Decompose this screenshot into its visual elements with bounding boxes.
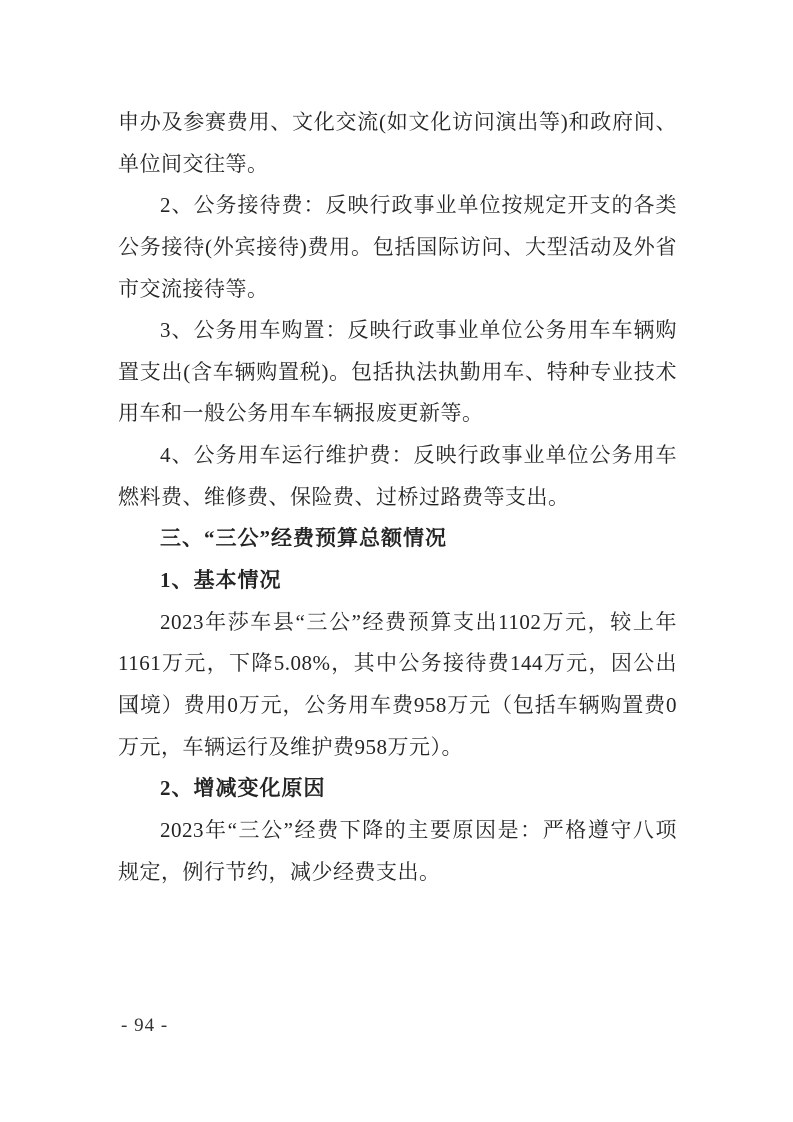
text-line: 2023年莎车县“三公”经费预算支出1102万元，较上年 [118, 602, 677, 644]
text-line: 公务接待(外宾接待)费用。包括国际访问、大型活动及外省 [118, 227, 677, 269]
section-heading: 2、增减变化原因 [118, 768, 677, 810]
text-line: 规定，例行节约，减少经费支出。 [118, 852, 677, 894]
text-line: 申办及参赛费用、文化交流(如文化访问演出等)和政府间、 [118, 102, 677, 144]
text-line: 1161万元，下降5.08%，其中公务接待费144万元，因公出国 [118, 643, 677, 685]
document-page: 申办及参赛费用、文化交流(如文化访问演出等)和政府间、单位间交往等。2、公务接待… [0, 0, 793, 1122]
text-line: （境）费用0万元，公务用车费958万元（包括车辆购置费0 [118, 685, 677, 727]
section-heading: 三、“三公”经费预算总额情况 [118, 518, 677, 560]
text-line: 用车和一般公务用车车辆报废更新等。 [118, 393, 677, 435]
paragraph: 2023年“三公”经费下降的主要原因是：严格遵守八项规定，例行节约，减少经费支出… [118, 810, 677, 893]
paragraph: 2023年莎车县“三公”经费预算支出1102万元，较上年1161万元，下降5.0… [118, 602, 677, 769]
text-line: 4、公务用车运行维护费：反映行政事业单位公务用车 [118, 435, 677, 477]
text-line: 市交流接待等。 [118, 269, 677, 311]
text-line: 单位间交往等。 [118, 144, 677, 186]
text-line: 3、公务用车购置：反映行政事业单位公务用车车辆购 [118, 310, 677, 352]
heading-line: 三、“三公”经费预算总额情况 [118, 518, 677, 560]
text-line: 燃料费、维修费、保险费、过桥过路费等支出。 [118, 477, 677, 519]
paragraph: 申办及参赛费用、文化交流(如文化访问演出等)和政府间、单位间交往等。 [118, 102, 677, 185]
paragraph: 4、公务用车运行维护费：反映行政事业单位公务用车燃料费、维修费、保险费、过桥过路… [118, 435, 677, 518]
paragraph: 2、公务接待费：反映行政事业单位按规定开支的各类公务接待(外宾接待)费用。包括国… [118, 185, 677, 310]
heading-line: 2、增减变化原因 [118, 768, 677, 810]
section-heading: 1、基本情况 [118, 560, 677, 602]
text-line: 2、公务接待费：反映行政事业单位按规定开支的各类 [118, 185, 677, 227]
document-content: 申办及参赛费用、文化交流(如文化访问演出等)和政府间、单位间交往等。2、公务接待… [118, 102, 677, 893]
page-number: - 94 - [121, 1013, 168, 1039]
text-line: 2023年“三公”经费下降的主要原因是：严格遵守八项 [118, 810, 677, 852]
text-line: 置支出(含车辆购置税)。包括执法执勤用车、特种专业技术 [118, 352, 677, 394]
heading-line: 1、基本情况 [118, 560, 677, 602]
paragraph: 3、公务用车购置：反映行政事业单位公务用车车辆购置支出(含车辆购置税)。包括执法… [118, 310, 677, 435]
text-line: 万元，车辆运行及维护费958万元）。 [118, 727, 677, 769]
